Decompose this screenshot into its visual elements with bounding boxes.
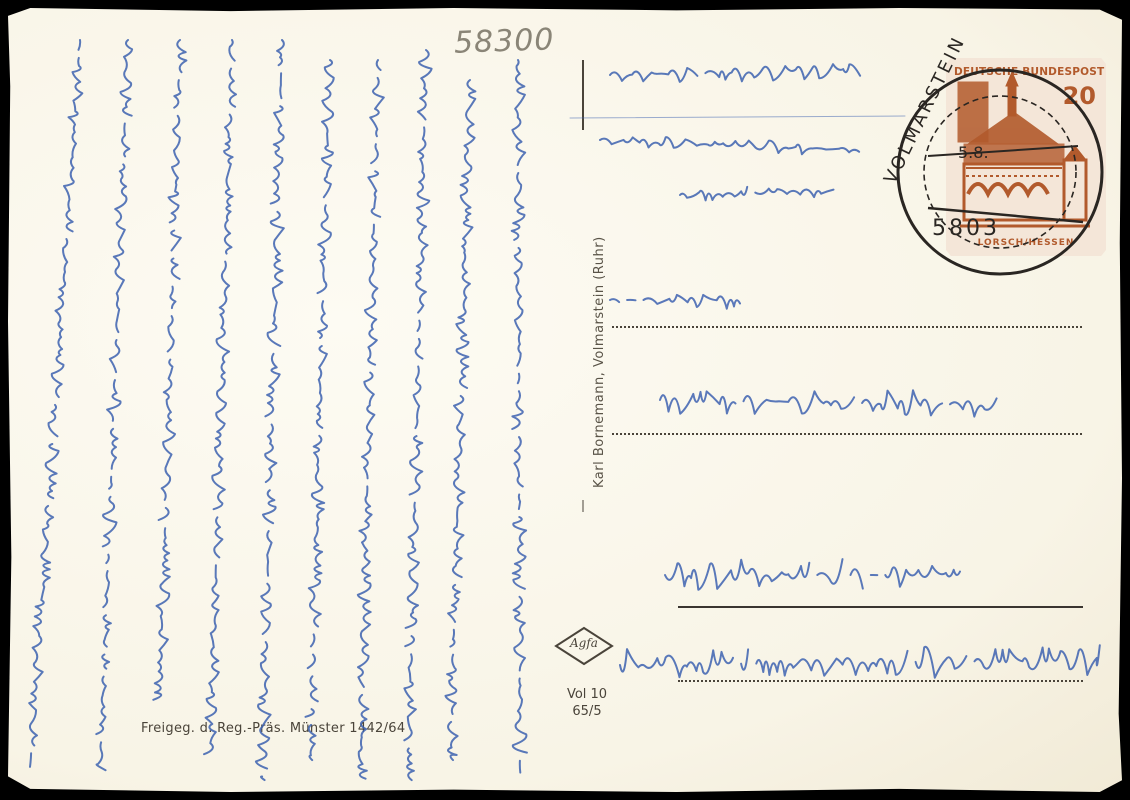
series-code: Vol 10 65/5 (553, 686, 621, 720)
publisher-imprint: Karl Bornemann, Volmarstein (Ruhr) (592, 236, 607, 488)
inventory-number: 58300 (453, 22, 555, 60)
postcard: 58300 Karl Bornemann, Volmarstein (Ruhr)… (8, 8, 1122, 792)
postmark-postcode: 5803 (932, 216, 1000, 241)
agfa-logo: Agfa (554, 626, 614, 666)
series-code-sub: 65/5 (553, 703, 621, 720)
address-line-2 (612, 433, 1082, 435)
address-line-3 (678, 606, 1083, 608)
approval-notice: Freigeg. d. Reg.-Präs. Münster 1442/64 (141, 721, 405, 736)
agfa-logo-text: Agfa (554, 636, 614, 650)
address-line-1 (612, 326, 1082, 328)
postmark-date: 5.8. (958, 143, 989, 162)
address-line-4 (678, 680, 1083, 682)
series-code-main: Vol 10 (553, 686, 621, 703)
